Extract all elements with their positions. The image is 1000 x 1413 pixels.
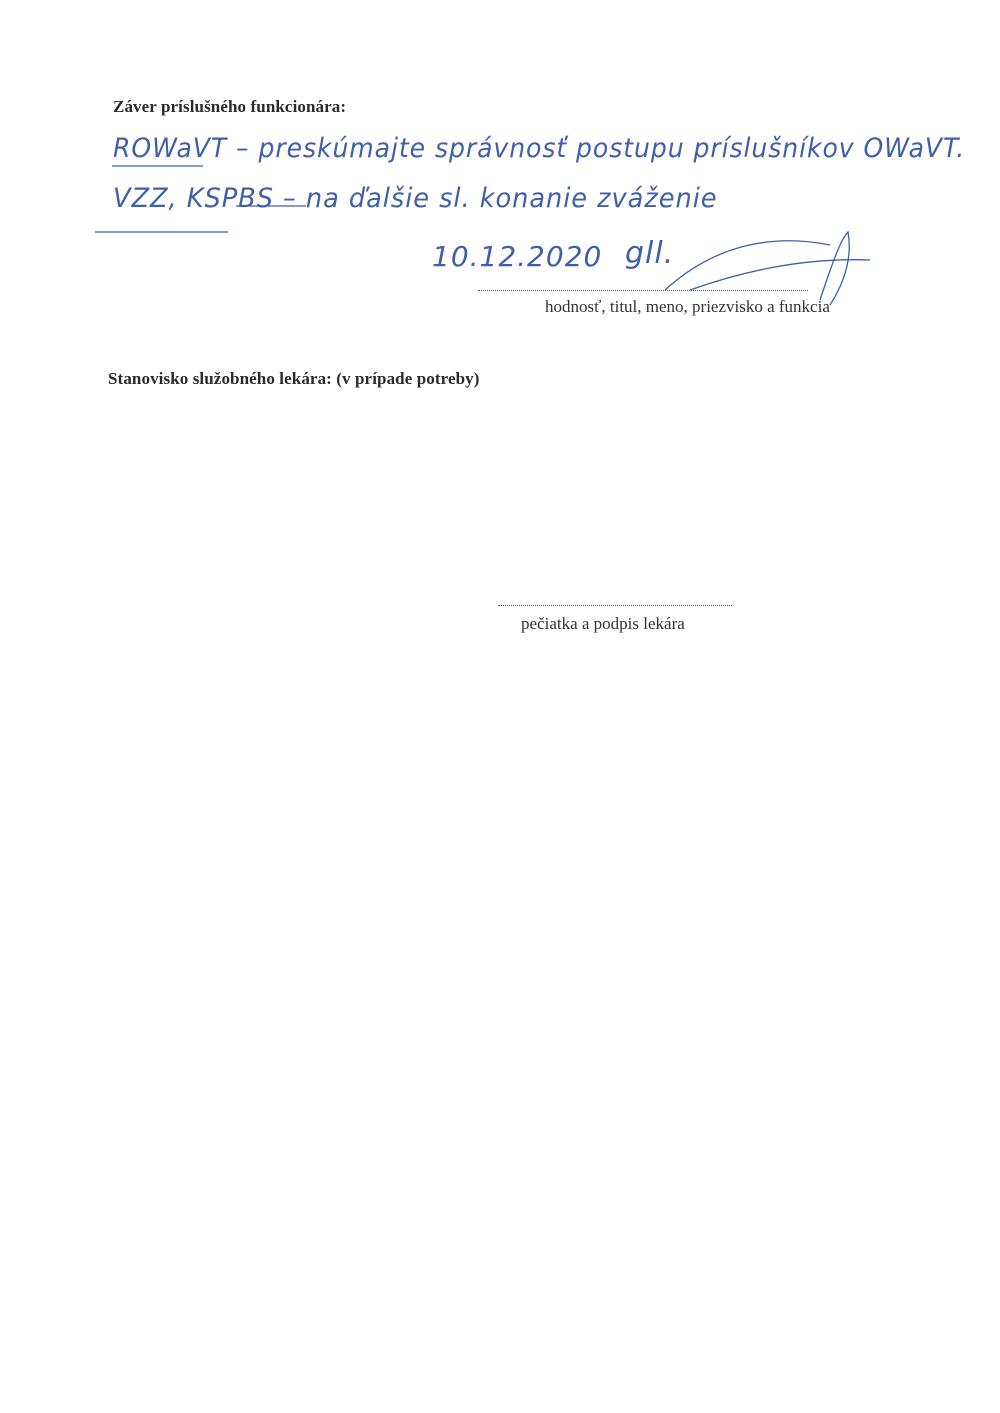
section-heading-official-conclusion: Záver príslušného funkcionára: <box>113 97 346 117</box>
signature-line-official <box>478 290 808 291</box>
handwritten-date: 10.12.2020 <box>432 240 602 273</box>
signature-caption-official: hodnosť, titul, meno, priezvisko a funkc… <box>545 297 830 317</box>
handwritten-signature: gll. <box>625 236 674 271</box>
signature-line-doctor <box>498 605 732 606</box>
section-heading-doctor-opinion: Stanovisko služobného lekára: (v prípade… <box>108 369 480 389</box>
handwritten-note-line-2: VZZ, KSPBS – na ďalšie sl. konanie zváže… <box>113 183 718 214</box>
signature-caption-doctor: pečiatka a podpis lekára <box>521 614 685 634</box>
handwritten-note-line-1: ROWaVT – preskúmajte správnosť postupu p… <box>113 133 965 164</box>
